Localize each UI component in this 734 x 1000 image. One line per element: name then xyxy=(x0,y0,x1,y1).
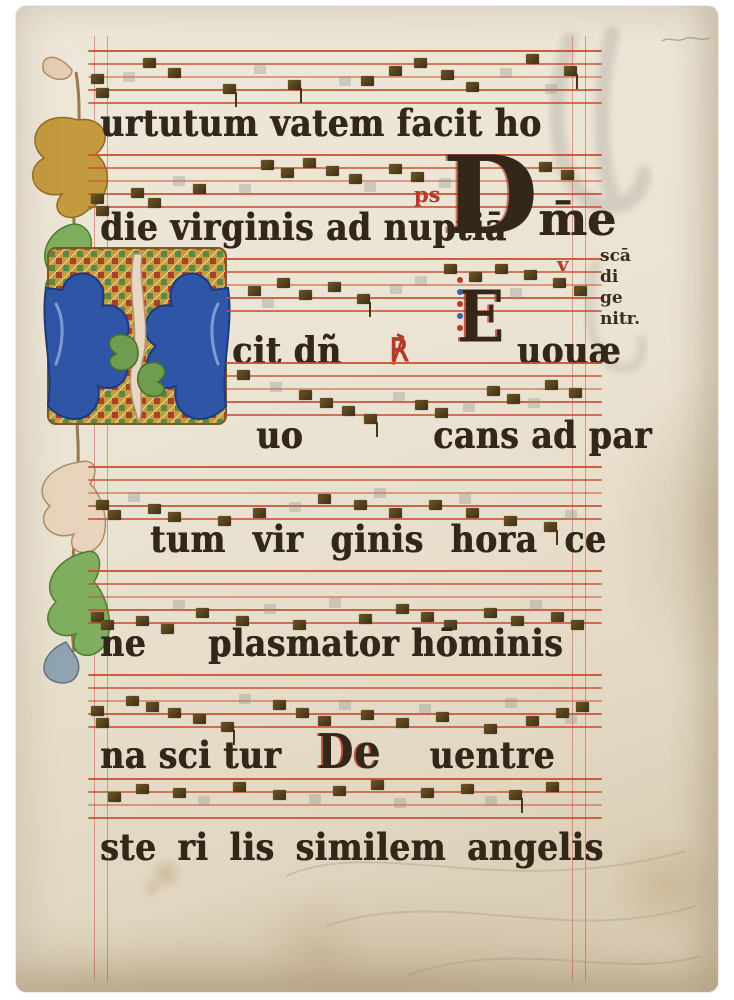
cadel-initial-domine: ps D m̄e xyxy=(414,152,616,241)
note-square xyxy=(193,714,206,724)
note-square xyxy=(396,604,409,614)
chant-text-line-3: cit dñ ℟ E uouæ xyxy=(232,312,621,369)
note-square xyxy=(461,784,474,794)
showthrough-note xyxy=(270,382,282,392)
note-square xyxy=(441,70,454,80)
note-square xyxy=(299,390,312,400)
showthrough-note xyxy=(500,68,512,78)
cadel-suffix: m̄e xyxy=(538,199,616,240)
staff-line xyxy=(88,505,602,507)
cadel-letter-d: D xyxy=(443,152,537,241)
note-square xyxy=(91,194,104,204)
showthrough-note xyxy=(128,492,140,502)
note-square xyxy=(526,716,539,726)
note-square xyxy=(261,160,274,170)
showthrough-note xyxy=(393,392,405,402)
note-square xyxy=(273,790,286,800)
staff-line xyxy=(88,466,602,468)
illuminated-initial-block xyxy=(42,244,232,429)
chant-text-line-7: na sci tur De uentre xyxy=(100,728,555,776)
chant-text-line-5: tum vir ginis hora ce xyxy=(150,520,606,558)
margin-note: scādigenitr. xyxy=(600,246,640,330)
note-square xyxy=(429,500,442,510)
chant-word: tum vir ginis hora ce xyxy=(150,520,606,558)
showthrough-note xyxy=(173,176,185,186)
note-square xyxy=(421,788,434,798)
showthrough-note xyxy=(329,598,341,608)
note-square xyxy=(371,780,384,790)
note-square xyxy=(444,264,457,274)
note-square xyxy=(193,184,206,194)
note-square xyxy=(357,294,370,304)
staff-line xyxy=(88,63,602,65)
note-square xyxy=(277,278,290,288)
showthrough-note xyxy=(510,288,522,298)
note-square xyxy=(173,788,186,798)
margin-note-line: nitr. xyxy=(600,309,640,330)
note-square xyxy=(326,166,339,176)
showthrough-note xyxy=(505,698,517,708)
chant-word: cans ad par xyxy=(433,416,652,454)
showthrough-note xyxy=(123,72,135,82)
note-square xyxy=(233,782,246,792)
parchment-wrinkles xyxy=(286,806,706,986)
note-square xyxy=(91,706,104,716)
chant-word: na sci tur xyxy=(100,736,281,774)
note-square xyxy=(148,504,161,514)
note-square xyxy=(389,66,402,76)
note-square xyxy=(328,282,341,292)
note-square xyxy=(524,270,537,280)
note-square xyxy=(168,708,181,718)
note-square xyxy=(487,386,500,396)
showthrough-note xyxy=(364,182,376,192)
chant-word: uo xyxy=(256,416,303,454)
note-square xyxy=(484,608,497,618)
rubric-ps: ps xyxy=(414,182,441,207)
showthrough-note xyxy=(545,84,557,94)
showthrough-note xyxy=(198,796,210,806)
showthrough-note xyxy=(262,298,274,308)
note-square xyxy=(168,68,181,78)
note-square xyxy=(556,708,569,718)
note-square xyxy=(196,608,209,618)
note-square xyxy=(571,620,584,630)
note-square xyxy=(296,708,309,718)
showthrough-note xyxy=(339,700,351,710)
showthrough-note xyxy=(390,284,402,294)
showthrough-note xyxy=(239,184,251,194)
staff-line xyxy=(88,570,602,572)
note-square xyxy=(396,718,409,728)
showthrough-note xyxy=(419,704,431,714)
showthrough-note xyxy=(289,502,301,512)
chant-word: uentre xyxy=(429,736,555,774)
staff-line xyxy=(226,375,602,377)
note-square xyxy=(136,784,149,794)
staff-line xyxy=(88,778,602,780)
note-square xyxy=(553,278,566,288)
staff-line xyxy=(88,583,602,585)
note-square xyxy=(415,400,428,410)
note-square xyxy=(546,782,559,792)
note-square xyxy=(507,394,520,404)
note-square xyxy=(349,174,362,184)
staff-line xyxy=(226,271,602,273)
staff-line xyxy=(88,492,602,494)
rubric-verse-mark: v xyxy=(557,252,569,276)
note-square xyxy=(320,398,333,408)
note-square xyxy=(126,696,139,706)
note-square xyxy=(526,54,539,64)
note-square xyxy=(318,494,331,504)
note-square xyxy=(436,712,449,722)
staff-line xyxy=(88,596,602,598)
note-square xyxy=(564,66,577,76)
chant-word: ne xyxy=(100,624,146,662)
note-square xyxy=(96,88,109,98)
showthrough-note xyxy=(339,76,351,86)
showthrough-note xyxy=(485,796,497,806)
staff-line xyxy=(226,258,602,260)
note-square xyxy=(237,370,250,380)
staff-line xyxy=(226,297,602,299)
note-square xyxy=(108,510,121,520)
showthrough-note xyxy=(415,276,427,286)
penwork-dots xyxy=(454,274,474,344)
photo-background: urtutum vatem facit ho die virginis ad n… xyxy=(0,0,734,1000)
staff-line xyxy=(88,687,602,689)
staff-line xyxy=(226,362,602,364)
note-square xyxy=(96,500,109,510)
showthrough-note xyxy=(309,794,321,804)
note-square xyxy=(288,80,301,90)
showthrough-note xyxy=(173,600,185,610)
showthrough-note xyxy=(254,64,266,74)
note-square xyxy=(389,164,402,174)
manuscript-leaf: urtutum vatem facit ho die virginis ad n… xyxy=(16,6,718,992)
staff-line xyxy=(88,713,602,715)
showthrough-note xyxy=(463,402,475,412)
note-square xyxy=(96,718,109,728)
showthrough-note xyxy=(374,488,386,498)
note-square xyxy=(131,188,144,198)
note-square xyxy=(303,158,316,168)
note-square xyxy=(108,792,121,802)
note-square xyxy=(574,286,587,296)
note-square xyxy=(248,286,261,296)
note-square xyxy=(342,406,355,416)
note-square xyxy=(223,84,236,94)
note-square xyxy=(281,168,294,178)
note-square xyxy=(545,380,558,390)
note-square xyxy=(569,388,582,398)
note-square xyxy=(299,290,312,300)
showthrough-note xyxy=(264,604,276,614)
note-square xyxy=(414,58,427,68)
staff-line xyxy=(88,674,602,676)
chant-text-line-4: uo cans ad par xyxy=(232,416,652,454)
chant-word: De xyxy=(317,728,381,776)
note-square xyxy=(273,700,286,710)
showthrough-note xyxy=(530,600,542,610)
note-square xyxy=(495,264,508,274)
margin-note-line: scā xyxy=(600,246,640,267)
note-square xyxy=(333,786,346,796)
corner-inscription xyxy=(660,32,712,46)
note-stem xyxy=(576,74,578,89)
margin-note-line: ge xyxy=(600,288,640,309)
showthrough-note xyxy=(239,694,251,704)
staff-line xyxy=(88,89,602,91)
note-square xyxy=(354,500,367,510)
staff-line xyxy=(88,50,602,52)
note-square xyxy=(361,76,374,86)
margin-note-line: di xyxy=(600,267,640,288)
note-square xyxy=(146,702,159,712)
chant-text-line-6: ne plasmator hōminis xyxy=(100,624,563,662)
chant-word: plasmator hōminis xyxy=(208,624,563,662)
showthrough-note xyxy=(528,398,540,408)
note-square xyxy=(466,82,479,92)
showthrough-note xyxy=(459,494,471,504)
note-square xyxy=(91,74,104,84)
note-square xyxy=(361,710,374,720)
staff-line xyxy=(88,609,602,611)
note-square xyxy=(576,702,589,712)
note-square xyxy=(143,58,156,68)
note-square xyxy=(509,790,522,800)
staff-line xyxy=(88,479,602,481)
